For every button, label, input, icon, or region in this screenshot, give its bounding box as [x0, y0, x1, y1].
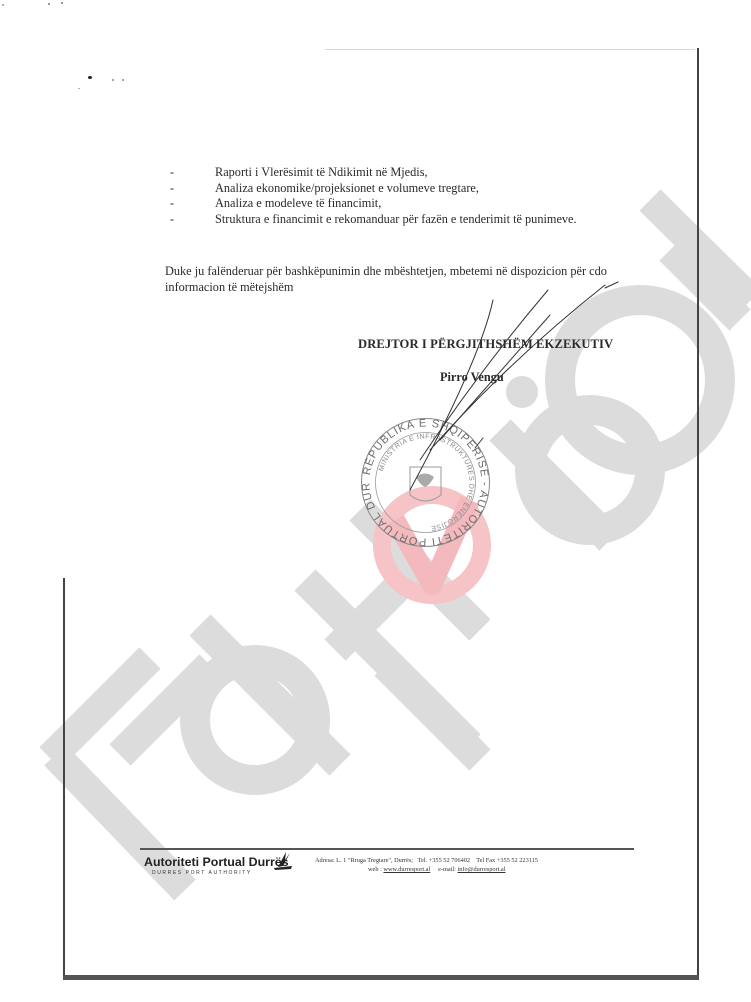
list-item: -Analiza e modeleve të financimit, — [170, 196, 577, 212]
org-name-english: DURRES PORT AUTHORITY — [152, 870, 289, 876]
scan-speck — [88, 76, 92, 79]
page-border-bottom — [63, 975, 699, 980]
scan-speck — [78, 88, 80, 89]
page-border-right — [697, 48, 699, 980]
list-item-text: Analiza ekonomike/projeksionet e volumev… — [215, 181, 479, 195]
list-item-text: Raporti i Vlerësimit të Ndikimit në Mjed… — [215, 165, 428, 179]
scan-speck — [112, 79, 114, 81]
list-item: -Analiza ekonomike/projeksionet e volume… — [170, 181, 577, 197]
scan-speck — [61, 2, 63, 4]
footer-address: L. 1 "Rruga Tregtare", Durrës; — [336, 857, 413, 864]
list-item: -Struktura e financimit e rekomanduar pë… — [170, 212, 577, 228]
scan-speck — [2, 4, 4, 6]
signatory-name: Pirro Vengu — [440, 370, 504, 385]
footer-tel: +355 52 706402 — [429, 857, 470, 864]
list-item: -Raporti i Vlerësimit të Ndikimit në Mje… — [170, 165, 577, 181]
deliverables-list: -Raporti i Vlerësimit të Ndikimit në Mje… — [170, 165, 577, 227]
footer-logo: Autoriteti Portual Durrës DURRES PORT AU… — [144, 855, 289, 876]
official-stamp-icon: REPUBLIKA E SHQIPERISE - AUTORITETI PORT… — [358, 415, 493, 550]
scan-speck — [122, 79, 124, 81]
footer-email-link[interactable]: info@durresport.al — [458, 866, 506, 873]
port-authority-logo-icon — [272, 851, 294, 871]
footer-web-link[interactable]: www.durresport.al — [383, 866, 430, 873]
closing-paragraph: Duke ju falënderuar për bashkëpunimin dh… — [165, 263, 635, 295]
page-top-edge — [325, 49, 695, 50]
list-item-text: Struktura e financimit e rekomanduar për… — [215, 212, 577, 226]
footer-contact: Adresa: L. 1 "Rruga Tregtare", Durrës; T… — [315, 856, 538, 874]
scan-speck — [48, 3, 50, 5]
list-item-text: Analiza e modeleve të financimit, — [215, 196, 381, 210]
page-border-left — [63, 578, 65, 980]
footer-divider — [140, 848, 634, 850]
footer-telfax: +355 52 223115 — [497, 857, 538, 864]
org-name: Autoriteti Portual Durrës — [144, 855, 289, 869]
signatory-title: DREJTOR I PËRGJITHSHËM EKZEKUTIV — [358, 337, 613, 352]
